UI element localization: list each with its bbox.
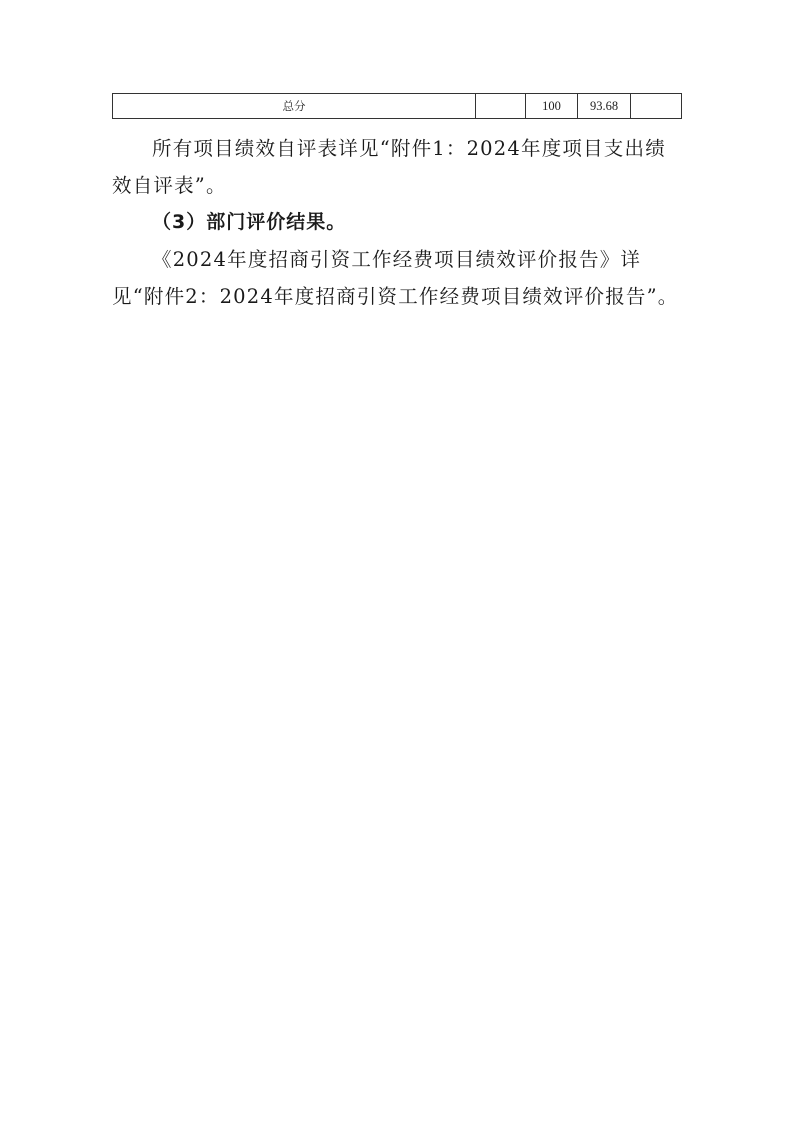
empty-cell (476, 94, 526, 119)
total-label-cell: 总分 (113, 94, 476, 119)
score-cell: 93.68 (578, 94, 631, 119)
self-evaluation-paragraph: 所有项目绩效自评表详见“附件1：2024年度项目支出绩效自评表”。 (112, 130, 686, 204)
section-heading-dept-evaluation: （3）部门评价结果。 (112, 204, 686, 241)
table-row-total: 总分 100 93.68 (113, 94, 682, 119)
remark-cell (631, 94, 682, 119)
score-summary-table: 总分 100 93.68 (112, 93, 682, 119)
evaluation-report-paragraph: 《2024年度招商引资工作经费项目绩效评价报告》详见“附件2：2024年度招商引… (112, 241, 686, 315)
full-score-cell: 100 (526, 94, 578, 119)
